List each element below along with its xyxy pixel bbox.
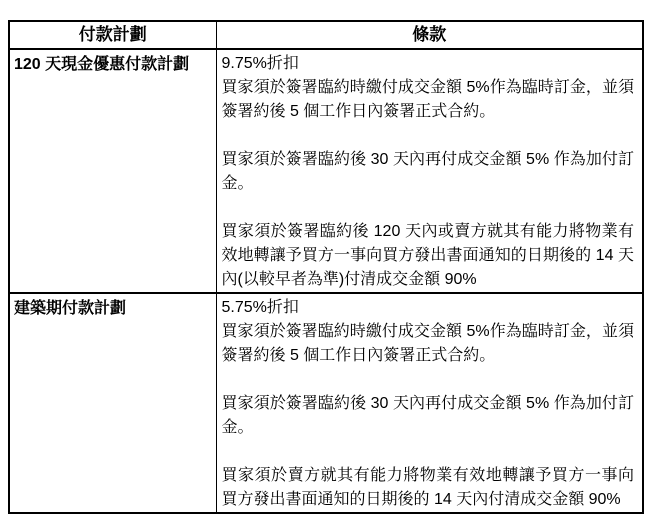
plan-name: 建築期付款計劃 xyxy=(9,293,216,513)
discount-line: 9.75%折扣 xyxy=(222,52,635,76)
term-paragraph: 買家須於簽署臨約時繳付成交金額 5%作為臨時訂金，並須簽署約後 5 個工作日內簽… xyxy=(222,76,635,124)
term-paragraph: 買家須於簽署臨約時繳付成交金額 5%作為臨時訂金，並須簽署約後 5 個工作日內簽… xyxy=(222,320,635,368)
term-paragraph: 買家須於賣方就其有能力將物業有效地轉讓予買方一事向買方發出書面通知的日期後的 1… xyxy=(222,464,635,512)
term-paragraph: 買家須於簽署臨約後 30 天內再付成交金額 5% 作為加付訂金。 xyxy=(222,392,635,440)
payment-plans-table: 付款計劃 條款 120 天現金優惠付款計劃 9.75%折扣 買家須於簽署臨約時繳… xyxy=(8,20,644,514)
term-paragraph: 買家須於簽署臨約後 30 天內再付成交金額 5% 作為加付訂金。 xyxy=(222,148,635,196)
terms-cell: 5.75%折扣 買家須於簽署臨約時繳付成交金額 5%作為臨時訂金，並須簽署約後 … xyxy=(216,293,643,513)
term-paragraph: 買家須於簽署臨約後 120 天內或賣方就其有能力將物業有效地轉讓予買方一事向買方… xyxy=(222,220,635,292)
discount-line: 5.75%折扣 xyxy=(222,296,635,320)
table-row-120-day-plan: 120 天現金優惠付款計劃 9.75%折扣 買家須於簽署臨約時繳付成交金額 5%… xyxy=(9,49,643,293)
document-page: 付款計劃 條款 120 天現金優惠付款計劃 9.75%折扣 買家須於簽署臨約時繳… xyxy=(0,0,650,514)
header-plan: 付款計劃 xyxy=(9,21,216,49)
header-row: 付款計劃 條款 xyxy=(9,21,643,49)
plan-name: 120 天現金優惠付款計劃 xyxy=(9,49,216,293)
terms-cell: 9.75%折扣 買家須於簽署臨約時繳付成交金額 5%作為臨時訂金，並須簽署約後 … xyxy=(216,49,643,293)
table-row-construction-plan: 建築期付款計劃 5.75%折扣 買家須於簽署臨約時繳付成交金額 5%作為臨時訂金… xyxy=(9,293,643,513)
header-terms: 條款 xyxy=(216,21,643,49)
